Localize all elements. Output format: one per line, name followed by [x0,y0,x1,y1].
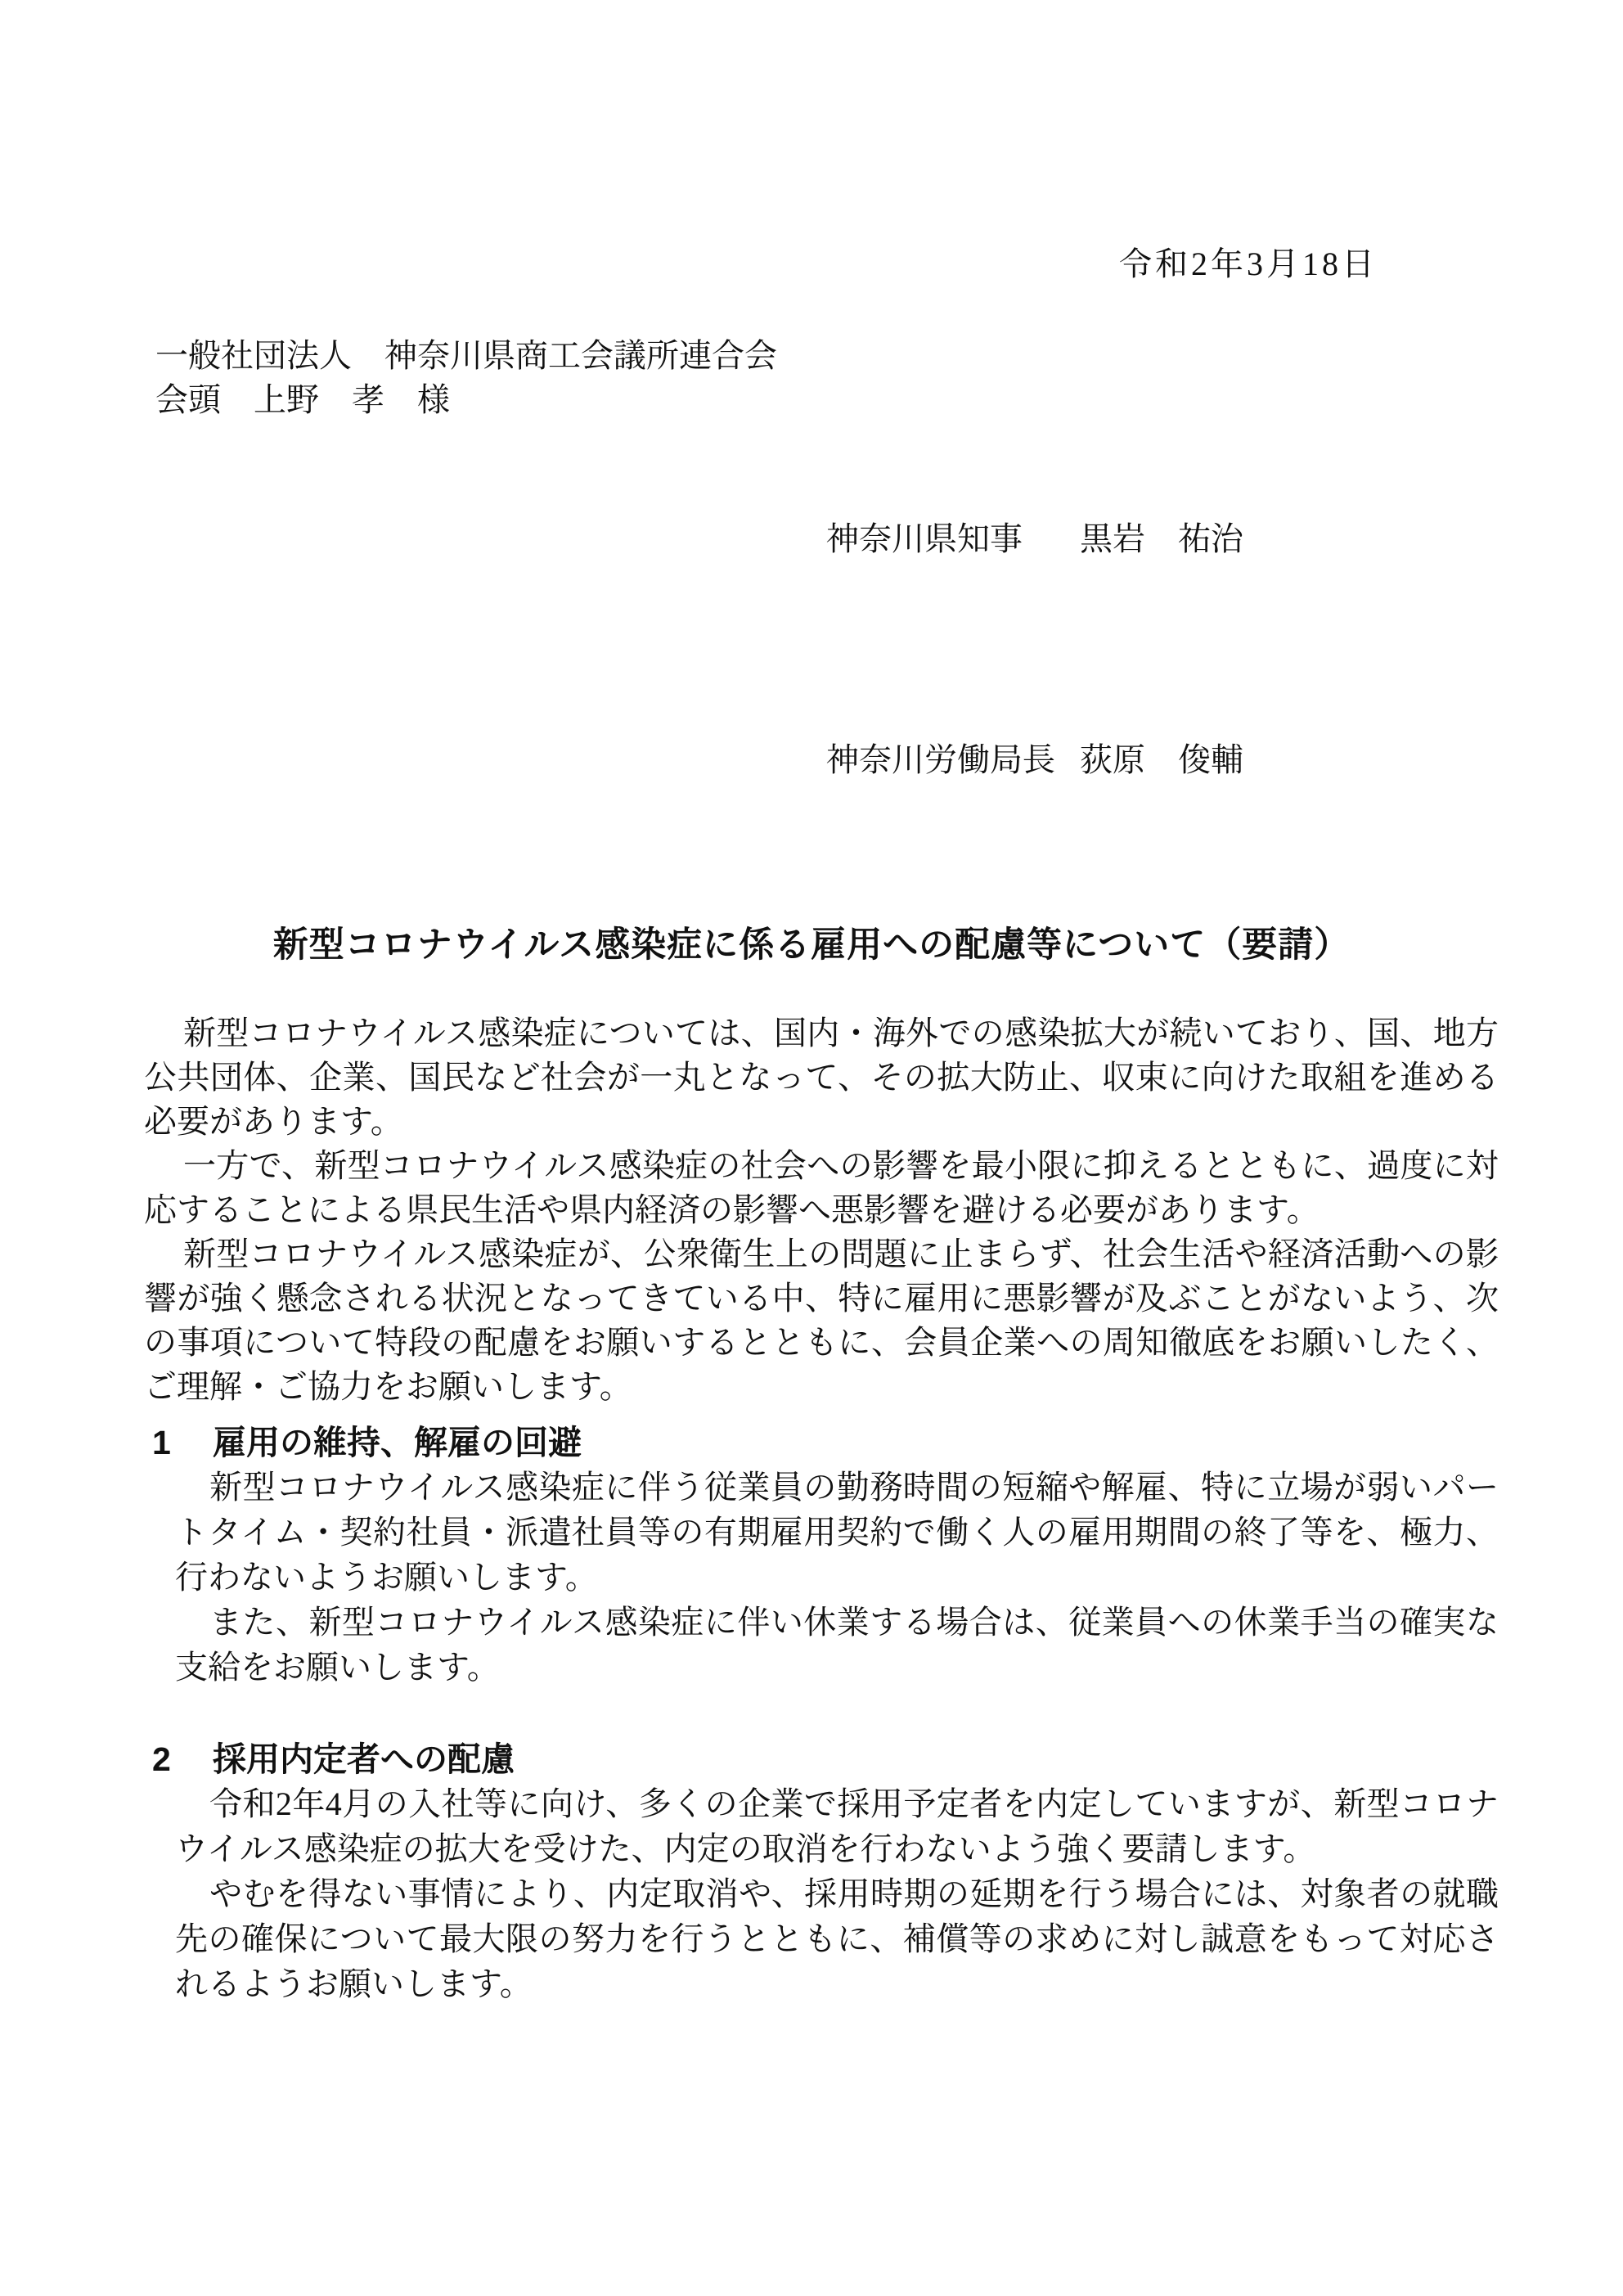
section-2-heading-text: 採用内定者への配慮 [213,1737,515,1781]
document-title: 新型コロナウイルス感染症に係る雇用への配慮等について（要請） [144,923,1479,967]
section-2-paragraph-1: 令和2年4月の入社等に向け、多くの企業で採用予定者を内定していますが、新型コロナ… [175,1781,1499,1871]
document-page: 令和2年3月18日 一般社団法人 神奈川県商工会議所連合会 会頭 上野 孝 様 … [0,0,1623,2296]
section-2-number: 2 [152,1737,213,1781]
sender-labor-bureau-title: 神奈川労働局長 [826,738,1080,782]
sender-labor-bureau-director: 神奈川労働局長 荻原 俊輔 [826,738,1623,782]
section-2-paragraph-2: やむを得ない事情により、内定取消や、採用時期の延期を行う場合には、対象者の就職先… [175,1871,1499,2006]
letter-body: 新型コロナウイルス感染症については、国内・海外での感染拡大が続いており、国、地方… [0,1011,1623,2006]
intro-paragraph-3: 新型コロナウイルス感染症が、公衆衛生上の問題に止まらず、社会生活や経済活動への影… [144,1232,1499,1409]
section-1-heading: 1 雇用の維持、解雇の回避 [152,1420,1623,1465]
section-1-paragraph-2: また、新型コロナウイルス感染症に伴い休業する場合は、従業員への休業手当の確実な支… [175,1600,1499,1690]
intro-paragraph-2: 一方で、新型コロナウイルス感染症の社会への影響を最小限に抑えるとともに、過度に対… [144,1144,1499,1232]
section-1-paragraph-1: 新型コロナウイルス感染症に伴う従業員の勤務時間の短縮や解雇、特に立場が弱いパート… [175,1465,1499,1600]
sender-governor: 神奈川県知事 黒岩 祐治 [826,517,1623,561]
addressee-organization: 一般社団法人 神奈川県商工会議所連合会 [155,334,1623,378]
intro-paragraph-1: 新型コロナウイルス感染症については、国内・海外での感染拡大が続いており、国、地方… [144,1011,1499,1144]
section-1-number: 1 [152,1420,213,1465]
sender-labor-bureau-name: 荻原 俊輔 [1080,738,1243,782]
date-line: 令和2年3月18日 [0,242,1623,286]
section-2-heading: 2 採用内定者への配慮 [152,1737,1623,1781]
addressee-block: 一般社団法人 神奈川県商工会議所連合会 会頭 上野 孝 様 [155,334,1623,422]
section-1-heading-text: 雇用の維持、解雇の回避 [213,1420,582,1465]
sender-governor-name: 黒岩 祐治 [1080,517,1243,561]
sender-governor-title: 神奈川県知事 [826,517,1080,561]
addressee-person: 会頭 上野 孝 様 [155,378,1623,422]
